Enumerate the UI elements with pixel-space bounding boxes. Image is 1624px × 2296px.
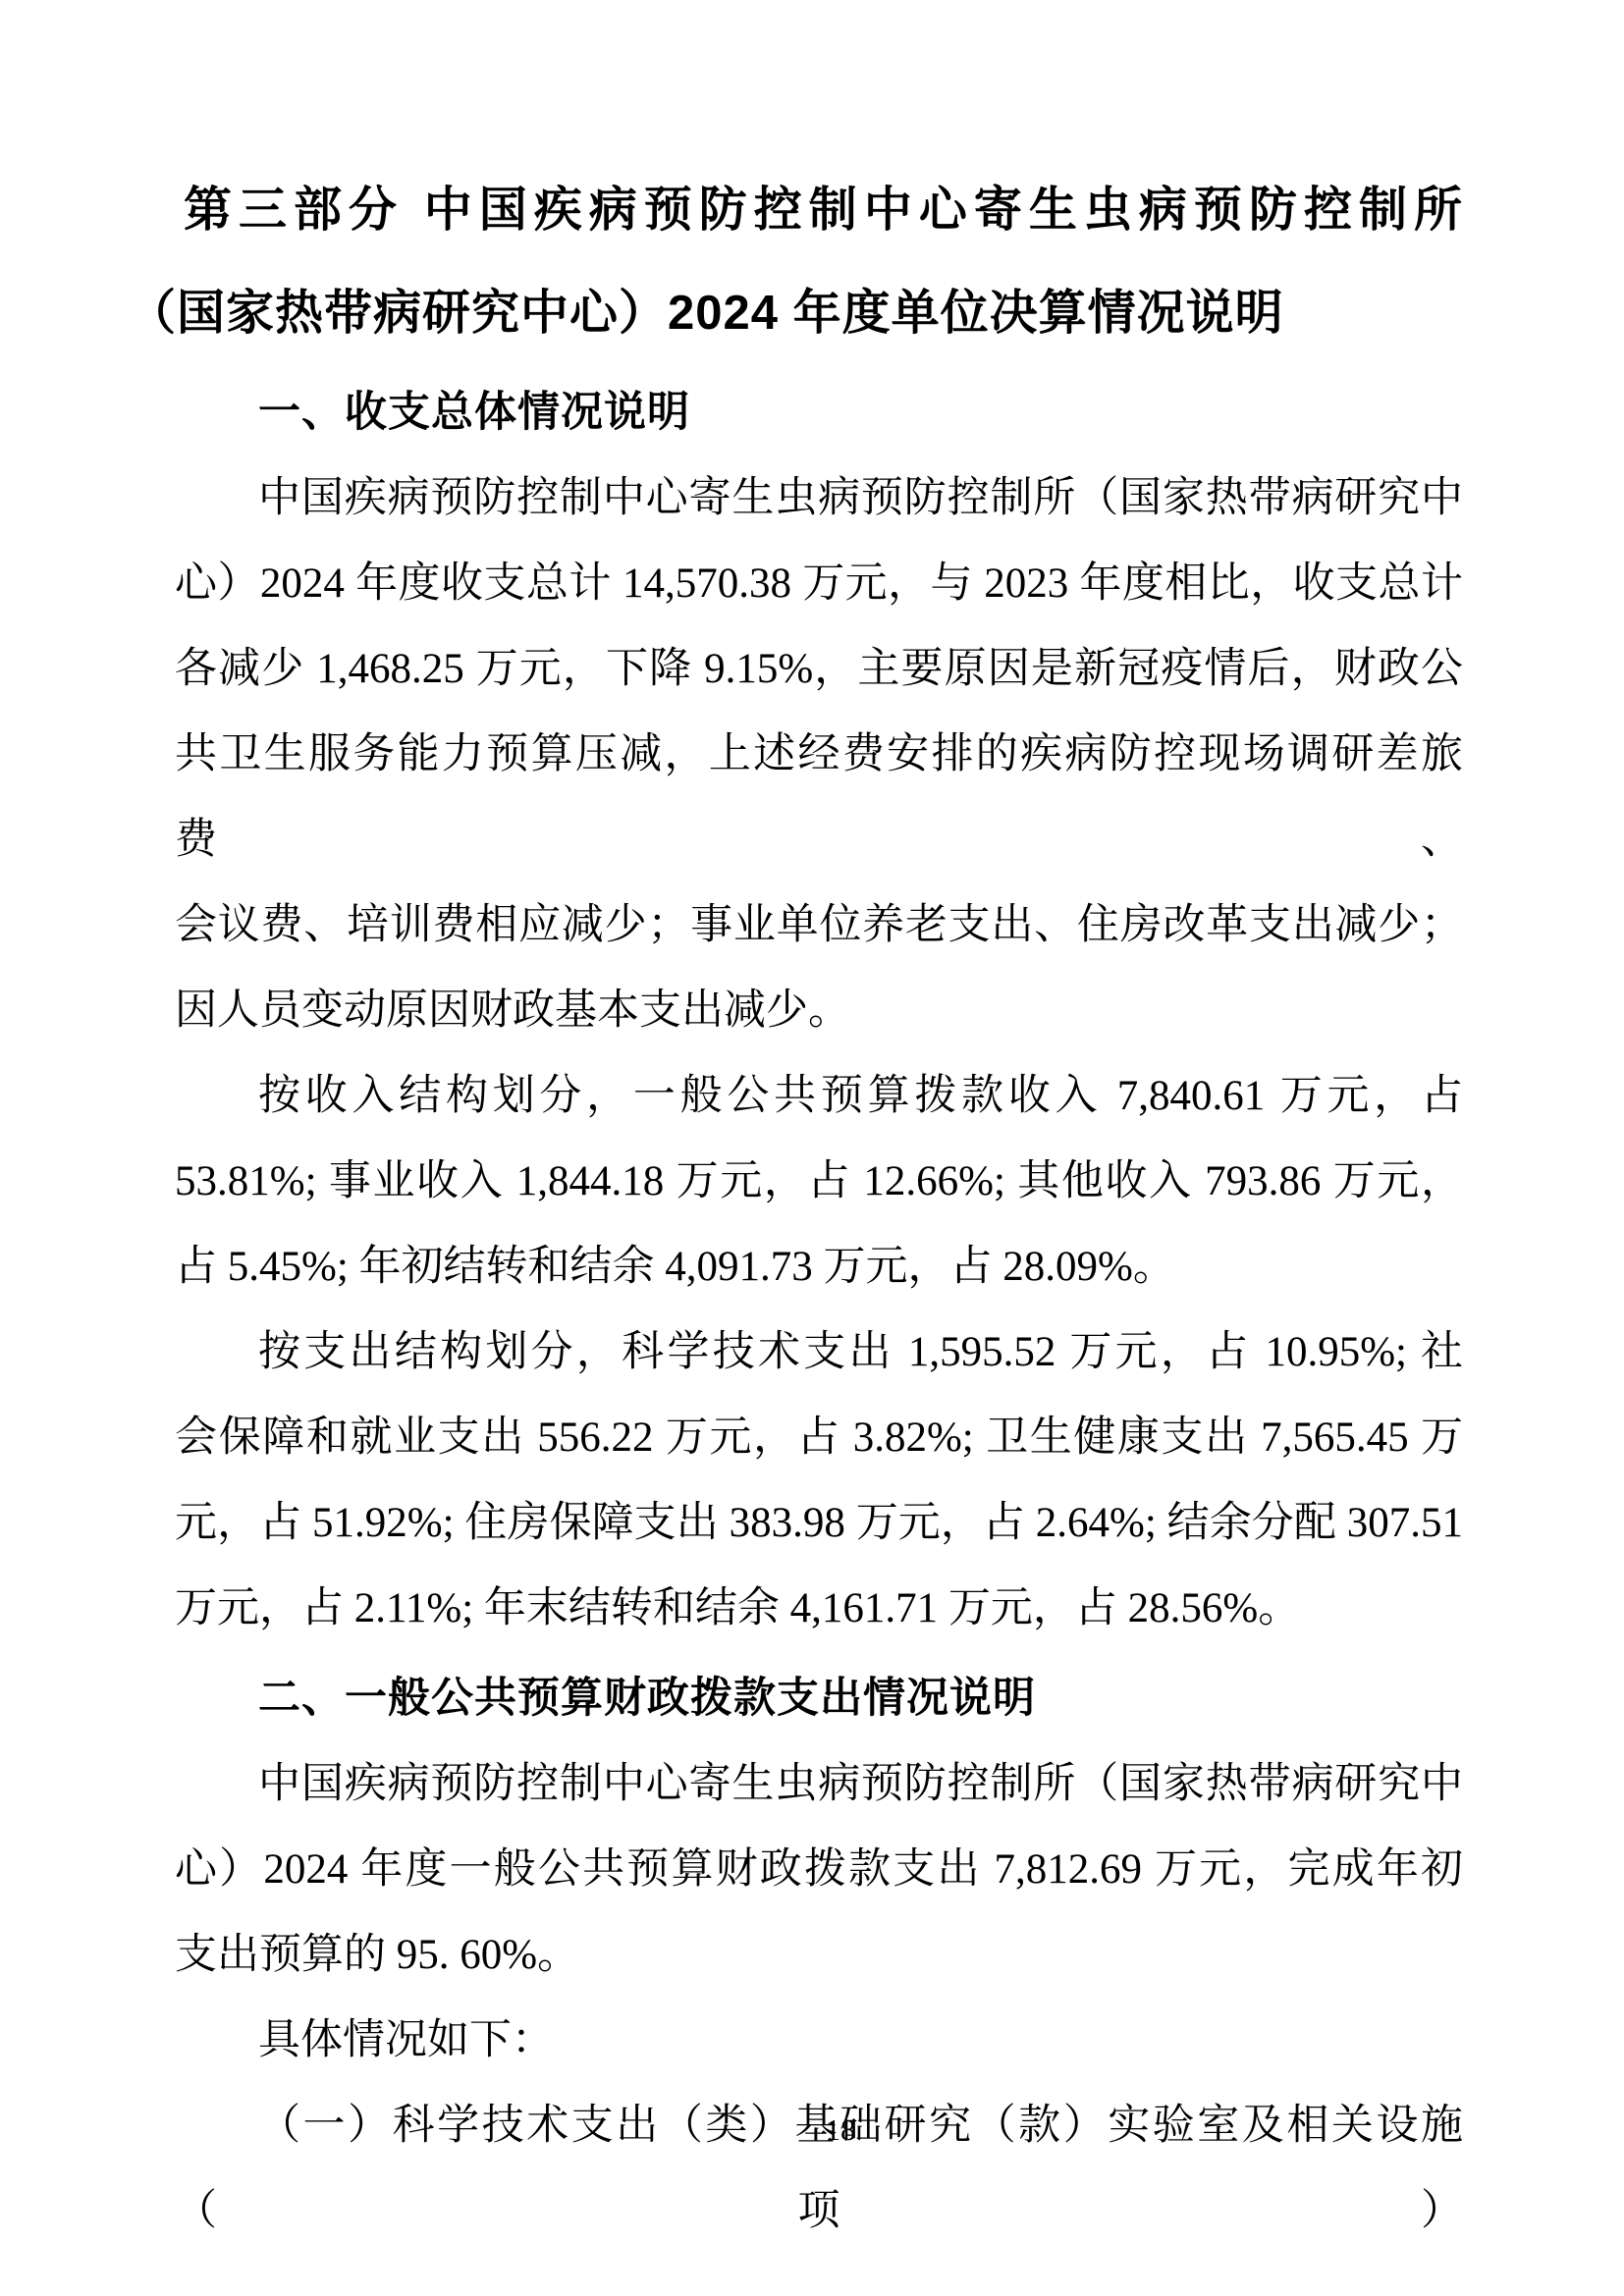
body-line: 心）2024 年度收支总计 14,570.38 万元，与 2023 年度相比，收…	[175, 541, 1463, 626]
body-line: 中国疾病预防控制中心寄生虫病预防控制所（国家热带病研究中	[175, 1741, 1463, 1827]
document-body: 一、收支总体情况说明 中国疾病预防控制中心寄生虫病预防控制所（国家热带病研究中 …	[175, 370, 1463, 2254]
body-line: 中国疾病预防控制中心寄生虫病预防控制所（国家热带病研究中	[175, 455, 1463, 541]
body-line: 具体情况如下：	[175, 1998, 1463, 2083]
document-title-line-1: 第三部分 中国疾病预防控制中心寄生虫病预防控制所	[128, 159, 1463, 262]
document-page: 第三部分 中国疾病预防控制中心寄生虫病预防控制所 （国家热带病研究中心）2024…	[0, 0, 1624, 2296]
body-line: 万元，占 2.11%; 年末结转和结余 4,161.71 万元，占 28.56%…	[175, 1566, 1463, 1651]
body-line: 心）2024 年度一般公共预算财政拨款支出 7,812.69 万元，完成年初	[175, 1827, 1463, 1912]
page-number: 18	[0, 2096, 1624, 2164]
body-line: 支出预算的 95. 60%。	[175, 1912, 1463, 1998]
body-line: 占 5.45%; 年初结转和结余 4,091.73 万元，占 28.09%。	[175, 1224, 1463, 1309]
body-line: 会议费、培训费相应减少；事业单位养老支出、住房改革支出减少；	[175, 882, 1463, 968]
body-line: 各减少 1,468.25 万元，下降 9.15%，主要原因是新冠疫情后，财政公	[175, 626, 1463, 712]
section-2-paragraph-2: 具体情况如下：	[175, 1998, 1463, 2083]
document-title: 第三部分 中国疾病预防控制中心寄生虫病预防控制所 （国家热带病研究中心）2024…	[128, 0, 1463, 365]
body-line: 会保障和就业支出 556.22 万元，占 3.82%; 卫生健康支出 7,565…	[175, 1395, 1463, 1480]
body-line: 共卫生服务能力预算压减，上述经费安排的疾病防控现场调研差旅费、	[175, 712, 1463, 882]
body-line: 元，占 51.92%; 住房保障支出 383.98 万元，占 2.64%; 结余…	[175, 1480, 1463, 1566]
section-1-heading: 一、收支总体情况说明	[175, 370, 1463, 455]
body-line: 按收入结构划分，一般公共预算拨款收入 7,840.61 万元，占	[175, 1053, 1463, 1139]
body-line: 按支出结构划分，科学技术支出 1,595.52 万元，占 10.95%; 社	[175, 1309, 1463, 1395]
section-1-paragraph-3: 按支出结构划分，科学技术支出 1,595.52 万元，占 10.95%; 社 会…	[175, 1309, 1463, 1651]
document-title-line-2: （国家热带病研究中心）2024 年度单位决算情况说明	[128, 262, 1463, 365]
section-2-heading: 二、一般公共预算财政拨款支出情况说明	[175, 1656, 1463, 1741]
section-1-paragraph-1: 中国疾病预防控制中心寄生虫病预防控制所（国家热带病研究中 心）2024 年度收支…	[175, 455, 1463, 1053]
section-1-paragraph-2: 按收入结构划分，一般公共预算拨款收入 7,840.61 万元，占 53.81%;…	[175, 1053, 1463, 1309]
body-line: 53.81%; 事业收入 1,844.18 万元，占 12.66%; 其他收入 …	[175, 1139, 1463, 1224]
section-2-paragraph-1: 中国疾病预防控制中心寄生虫病预防控制所（国家热带病研究中 心）2024 年度一般…	[175, 1741, 1463, 1998]
body-line: 因人员变动原因财政基本支出减少。	[175, 968, 1463, 1053]
